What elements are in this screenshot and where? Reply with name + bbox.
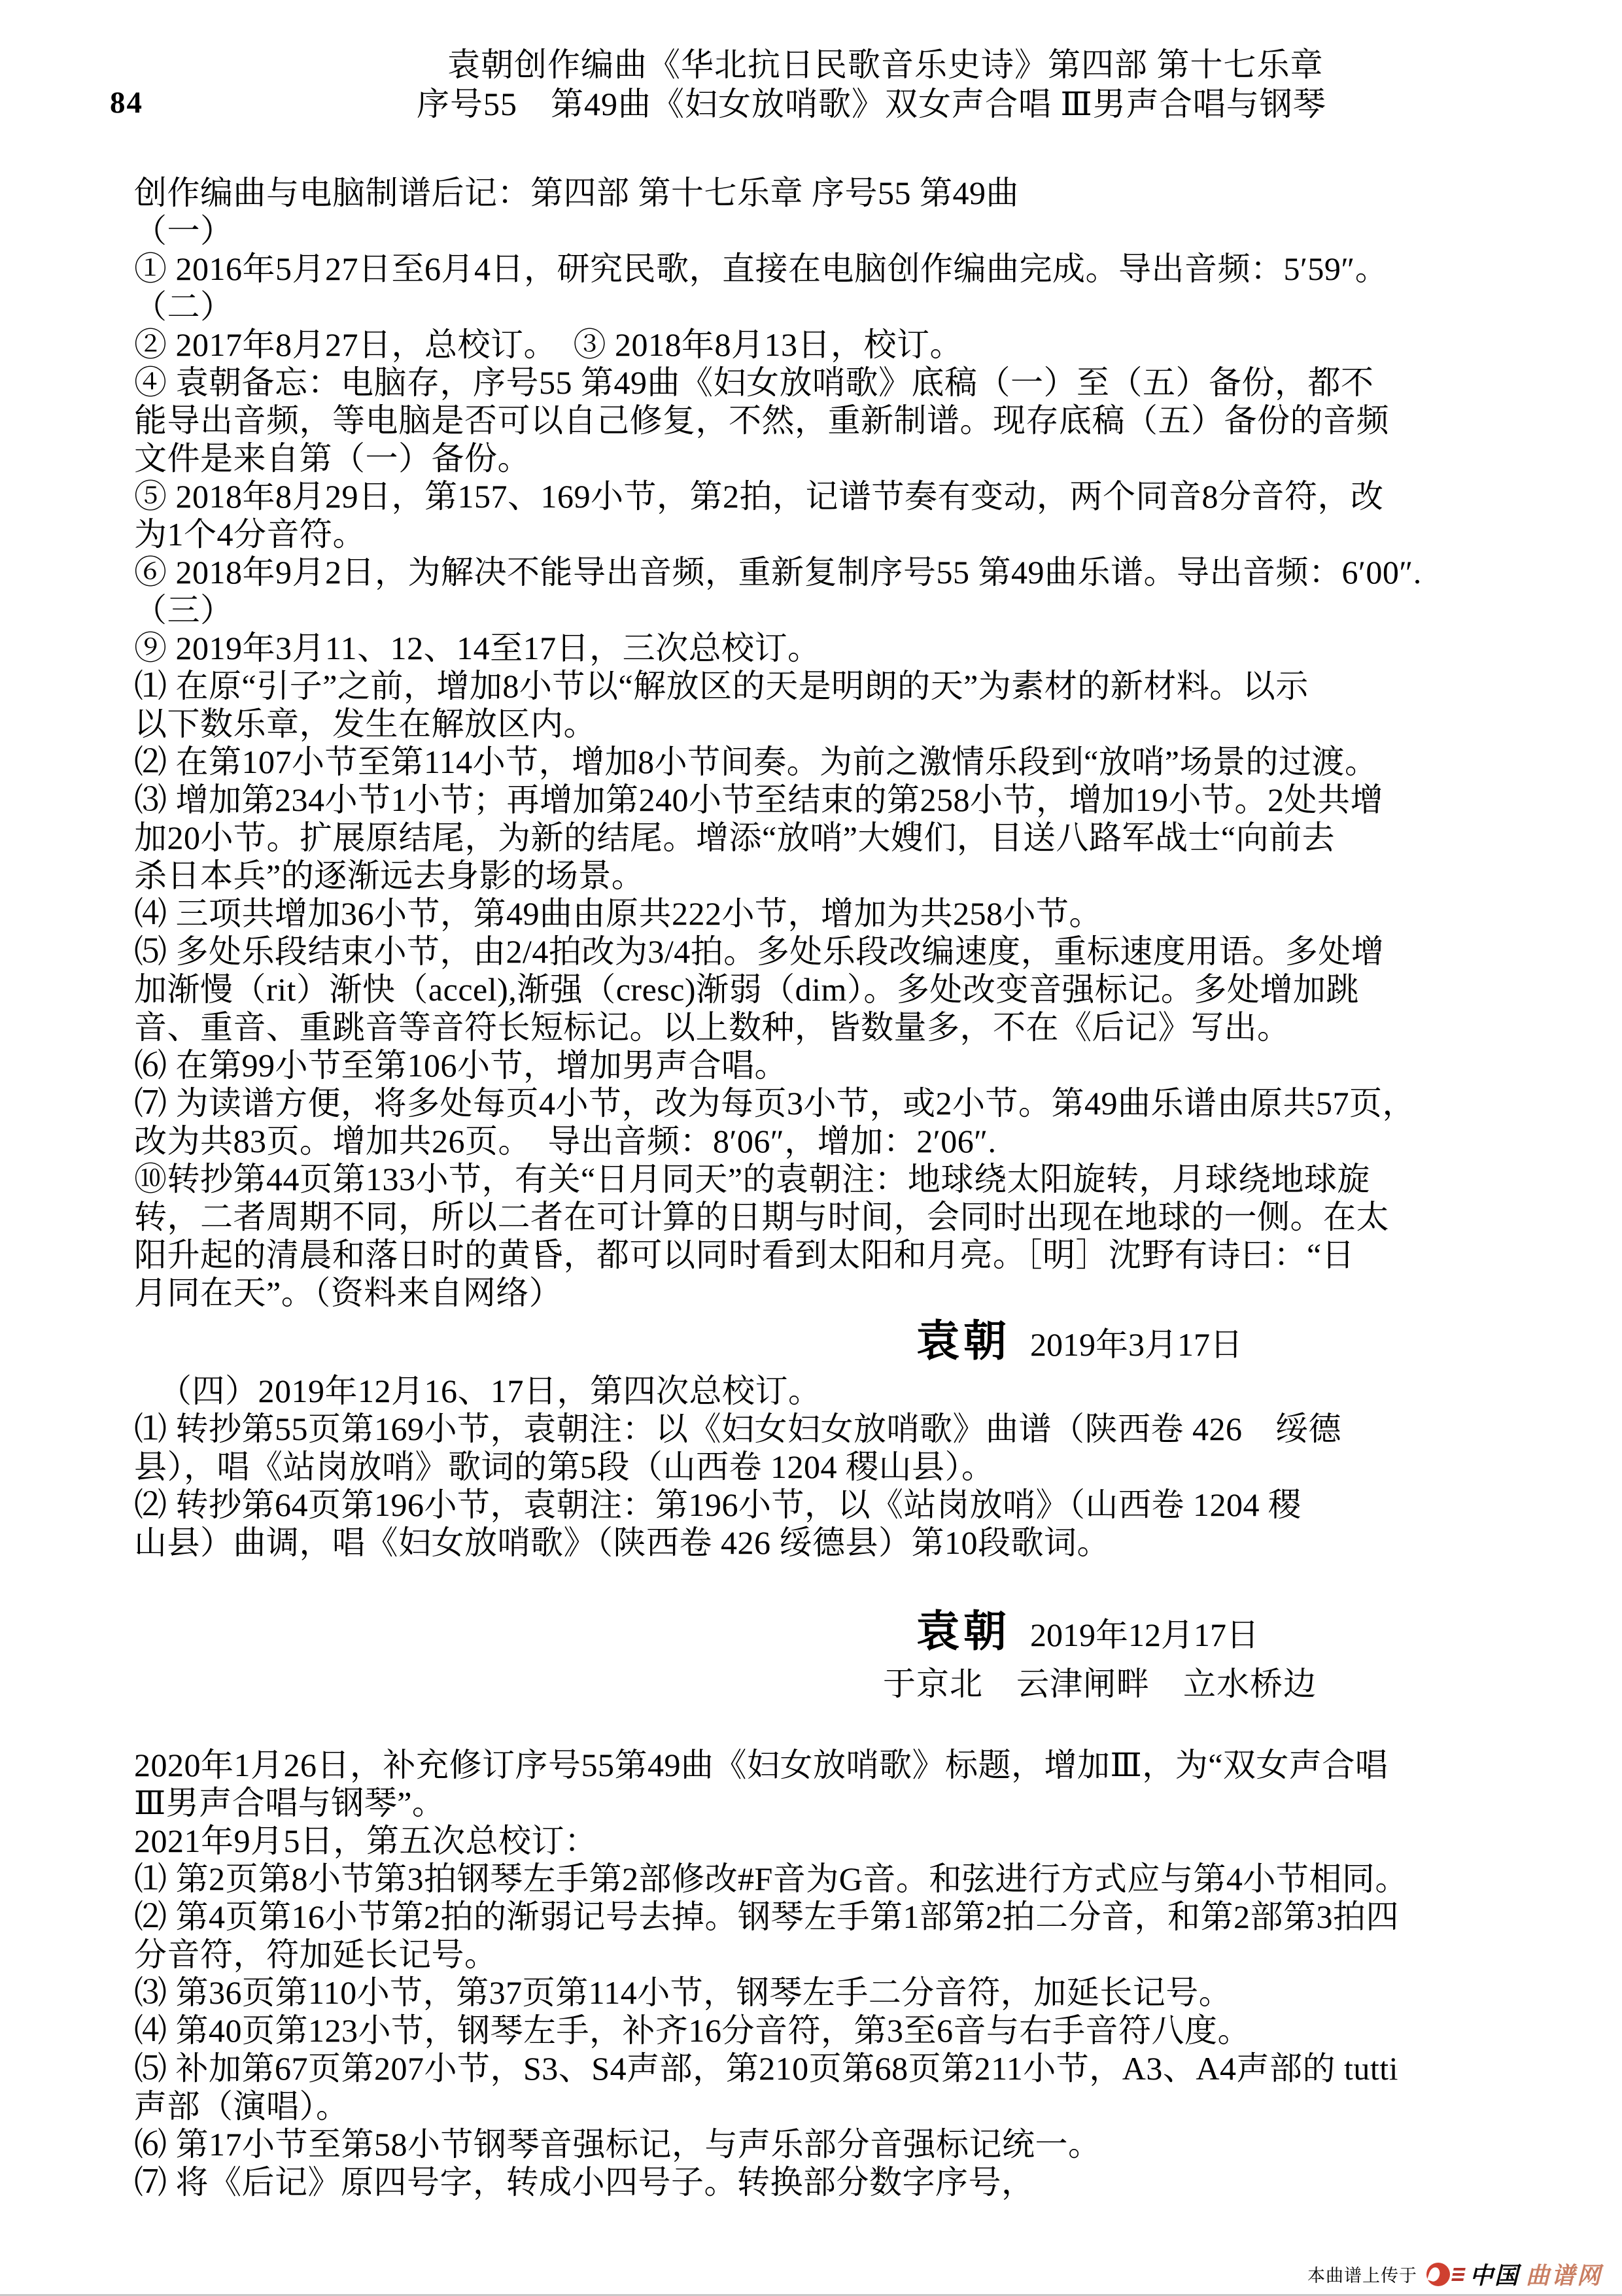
text-line: 文件是来自第（一）备份。 [134,439,1527,477]
text-line: 音、重音、重跳音等音符长短标记。以上数种，皆数量多，不在《后记》写出。 [134,1008,1527,1046]
header-line-2: 序号55 第49曲《妇女放哨歌》双女声合唱 Ⅲ男声合唱与钢琴 [417,85,1326,123]
text-line: 转，二者周期不同，所以二者在可计算的日期与时间，会同时出现在地球的一侧。在太 [134,1198,1527,1236]
text-line: 阳升起的清晨和落日时的黄昏，都可以同时看到太阳和月亮。［明］沈野有诗曰：“日 [134,1236,1527,1274]
signature-date: 2019年3月17日 [1030,1326,1243,1363]
brand-name-china: 中国 [1470,2257,1519,2291]
page-number: 84 [110,85,143,120]
text-line: ⑵ 在第107小节至第114小节，增加8小节间奏。为前之激情乐段到“放哨”场景的… [134,743,1527,781]
text-line: ⑺ 为读谱方便，将多处每页4小节，改为每页3小节，或2小节。第49曲乐谱由原共5… [134,1084,1527,1122]
text-line: ⑸ 多处乐段结束小节，由2/4拍改为3/4拍。多处乐段改编速度，重标速度用语。多… [134,933,1527,970]
document-page: 84 袁朝创作编曲《华北抗日民歌音乐史诗》第四部 第十七乐章 序号55 第49曲… [0,0,1622,2296]
text-line: 改为共83页。增加共26页。 导出音频：8′06″，增加：2′06″. [134,1122,1527,1160]
upload-credit-text: 本曲谱上传于 [1307,2261,1417,2287]
text-line: ⑸ 补加第67页第207小节，S3、S4声部，第210页第68页第211小节，A… [134,2049,1527,2087]
text-line: ⑩转抄第44页第133小节，有关“日月同天”的袁朝注：地球绕太阳旋转，月球绕地球… [134,1160,1527,1198]
text-line: ⑴ 第2页第8小节第3拍钢琴左手第2部修改#F音为G音。和弦进行方式应与第4小节… [134,1860,1527,1898]
text-line: ⑵ 第4页第16小节第2拍的渐弱记号去掉。钢琴左手第1部第2拍二分音，和第2部第… [134,1898,1527,1936]
text-line: ⑷ 三项共增加36小节，第49曲由原共222小节，增加为共258小节。 [134,895,1527,933]
text-line: ⑹ 在第99小节至第106小节，增加男声合唱。 [134,1046,1527,1084]
text-line: 为1个4分音符。 [134,515,1527,553]
blank-line [134,1705,1527,1746]
text-line: ④ 袁朝备忘：电脑存，序号55 第49曲《妇女放哨歌》底稿（一）至（五）备份，都… [134,364,1527,402]
signature-name: 袁朝 [916,1318,1010,1365]
text-line: （二） [134,288,1527,326]
text-line: （四）2019年12月16、17日，第四次总校订。 [134,1372,1527,1410]
text-line: ⑹ 第17小节至第58小节钢琴音强标记，与声乐部分音强标记统一。 [134,2125,1527,2163]
text-line: 山县）曲调，唱《妇女放哨歌》（陕西卷 426 绥德县）第10段歌词。 [134,1524,1527,1562]
text-line: 杀日本兵”的逐渐远去身影的场景。 [134,857,1527,895]
text-line: 县），唱《站岗放哨》歌词的第5段（山西卷 1204 稷山县）。 [134,1448,1527,1486]
text-line: 能导出音频，等电脑是否可以自己修复，不然，重新制谱。现存底稿（五）备份的音频 [134,402,1527,439]
text-line: ⑷ 第40页第123小节，钢琴左手，补齐16分音符，第3至6音与右手音符八度。 [134,2012,1527,2049]
text-line: 2021年9月5日，第五次总校订： [134,1822,1527,1860]
text-line: ⑤ 2018年8月29日，第157、169小节，第2拍，记谱节奏有变动，两个同音… [134,477,1527,515]
qupu-logo-icon [1426,2263,1450,2286]
text-line: Ⅲ男声合唱与钢琴”。 [134,1784,1527,1822]
document-body: 创作编曲与电脑制谱后记：第四部 第十七乐章 序号55 第49曲（一）① 2016… [134,174,1527,2201]
signature-date: 2019年12月17日 [1030,1617,1259,1653]
text-line: 声部（演唱）。 [134,2087,1527,2125]
text-line: ⑴ 转抄第55页第169小节，袁朝注：以《妇女妇女放哨歌》曲谱（陕西卷 426 … [134,1410,1527,1448]
signature-line: 袁朝2019年12月17日 [134,1602,1527,1662]
text-line: ② 2017年8月27日，总校订。 ③ 2018年8月13日，校订。 [134,326,1527,364]
watermark-footer: 本曲谱上传于 中国 曲谱网 [1307,2257,1602,2291]
signature-name: 袁朝 [916,1608,1010,1656]
text-line: （一） [134,212,1527,250]
text-line: 分音符，符加延长记号。 [134,1936,1527,1974]
text-line: ⑵ 转抄第64页第196小节，袁朝注：第196小节，以《站岗放哨》（山西卷 12… [134,1486,1527,1524]
text-line: 加20小节。扩展原结尾，为新的结尾。增添“放哨”大嫂们，目送八路军战士“向前去 [134,819,1527,857]
text-line: 以下数乐章，发生在解放区内。 [134,705,1527,743]
text-line: ⑴ 在原“引子”之前，增加8小节以“解放区的天是明朗的天”为素材的新材料。以示 [134,667,1527,705]
text-line: （三） [134,591,1527,629]
signature-location-line: 于京北 云津闸畔 立水桥边 [134,1662,1527,1705]
text-line: 创作编曲与电脑制谱后记：第四部 第十七乐章 序号55 第49曲 [134,174,1527,212]
brand-name-qupuwang: 曲谱网 [1526,2257,1602,2291]
text-line: ⑥ 2018年9月2日，为解决不能导出音频，重新复制序号55 第49曲乐谱。导出… [134,553,1527,591]
text-line: 月同在天”。（资料来自网络） [134,1274,1527,1312]
text-line: 2020年1月26日，补充修订序号55第49曲《妇女放哨歌》标题，增加Ⅲ，为“双… [134,1746,1527,1784]
text-line: ⑺ 将《后记》原四号字，转成小四号子。转换部分数字序号， [134,2163,1527,2201]
text-line: ⑨ 2019年3月11、12、14至17日，三次总校订。 [134,629,1527,667]
text-line: 加渐慢（rit）渐快（accel),渐强（cresc)渐弱（dim）。多处改变音… [134,970,1527,1008]
signature-line: 袁朝2019年3月17日 [134,1312,1527,1372]
blank-line [134,1562,1527,1602]
text-line: ⑶ 第36页第110小节，第37页第114小节，钢琴左手二分音符，加延长记号。 [134,1974,1527,2012]
header-line-1: 袁朝创作编曲《华北抗日民歌音乐史诗》第四部 第十七乐章 [447,46,1324,84]
text-line: ① 2016年5月27日至6月4日，研究民歌，直接在电脑创作编曲完成。导出音频：… [134,250,1527,288]
logo-staff-lines-icon [1451,2268,1466,2281]
text-line: ⑶ 增加第234小节1小节；再增加第240小节至结束的第258小节，增加19小节… [134,781,1527,819]
